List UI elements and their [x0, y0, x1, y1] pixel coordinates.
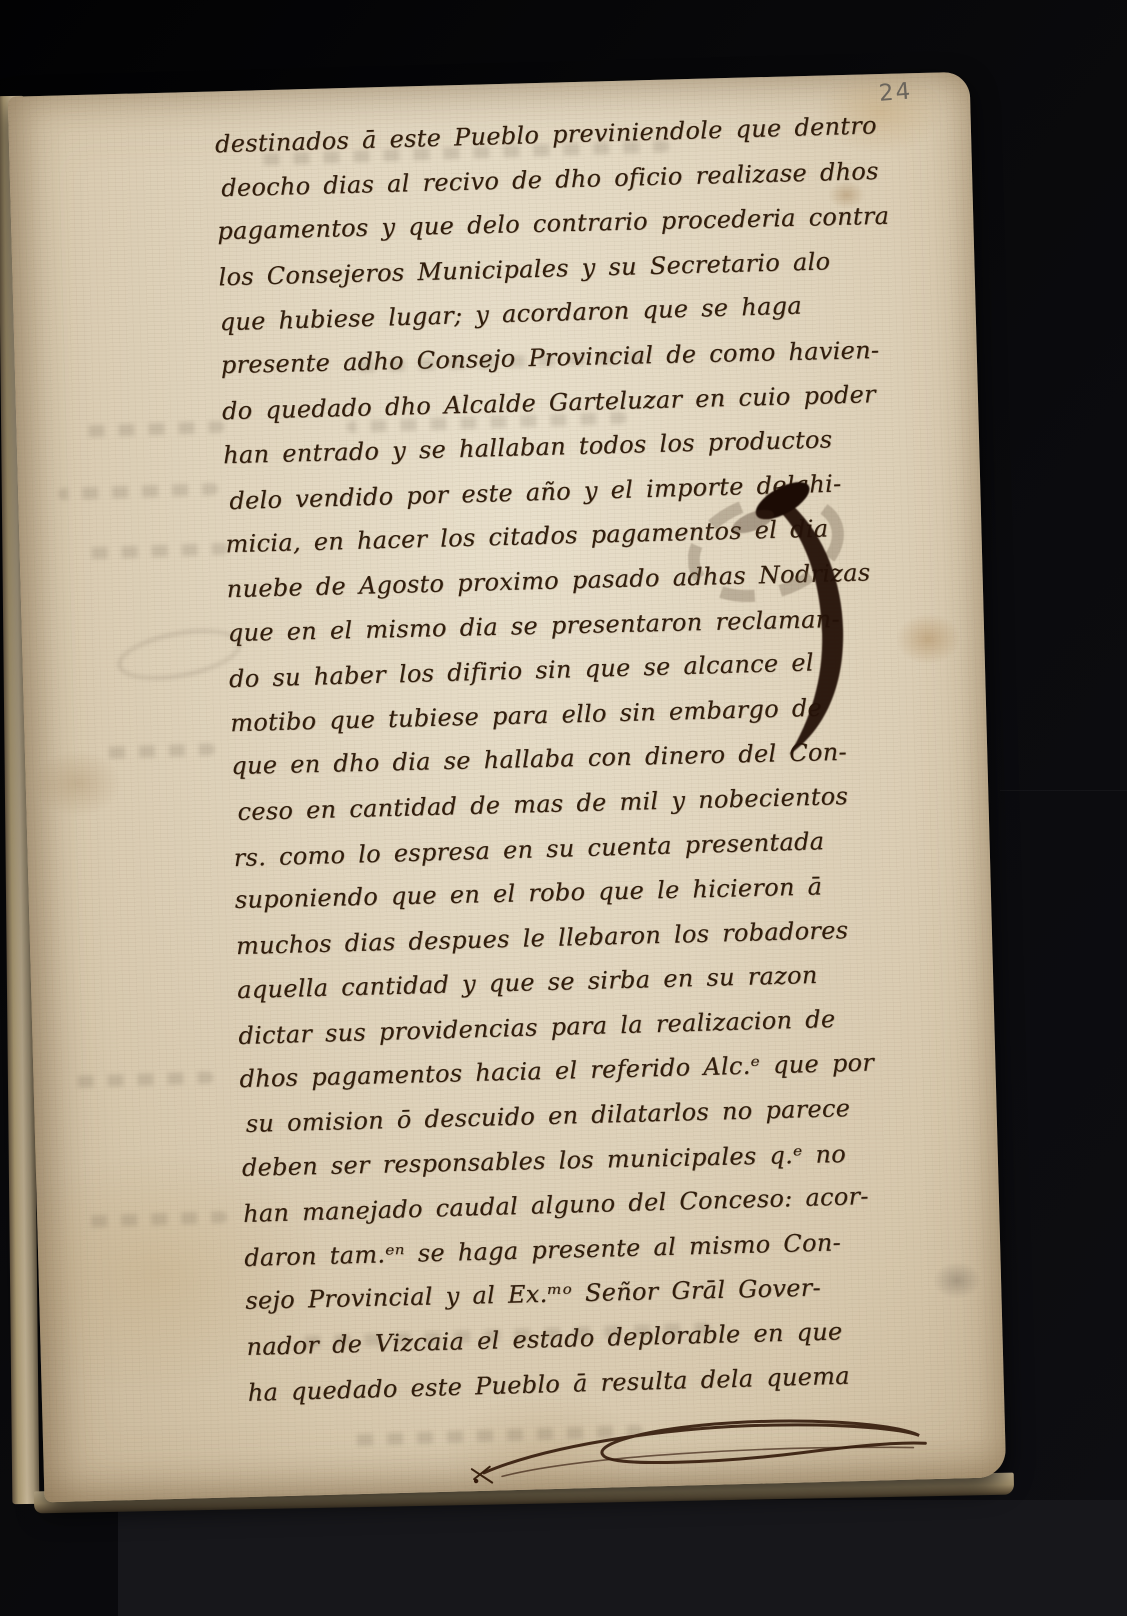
bleedthrough-mark	[73, 1071, 213, 1088]
backdrop-panel	[118, 1500, 1127, 1616]
pen-flourish	[460, 1401, 936, 1497]
bleedthrough-scribble	[114, 622, 244, 688]
bleedthrough-mark	[74, 421, 224, 438]
ink-blot	[686, 472, 904, 777]
photo-backdrop: 24 destinados ā este Pueblo previniendol…	[0, 0, 1127, 1616]
bleedthrough-mark	[77, 1211, 227, 1228]
scanned-photo: { "document": { "page_number": "24", "li…	[0, 0, 1127, 1616]
bleedthrough-mark	[78, 543, 228, 560]
bleedthrough-mark	[95, 743, 215, 759]
bleedthrough-mark	[58, 483, 218, 500]
backdrop-seam	[1000, 790, 1127, 791]
manuscript-page: 24 destinados ā este Pueblo previniendol…	[8, 72, 1006, 1503]
